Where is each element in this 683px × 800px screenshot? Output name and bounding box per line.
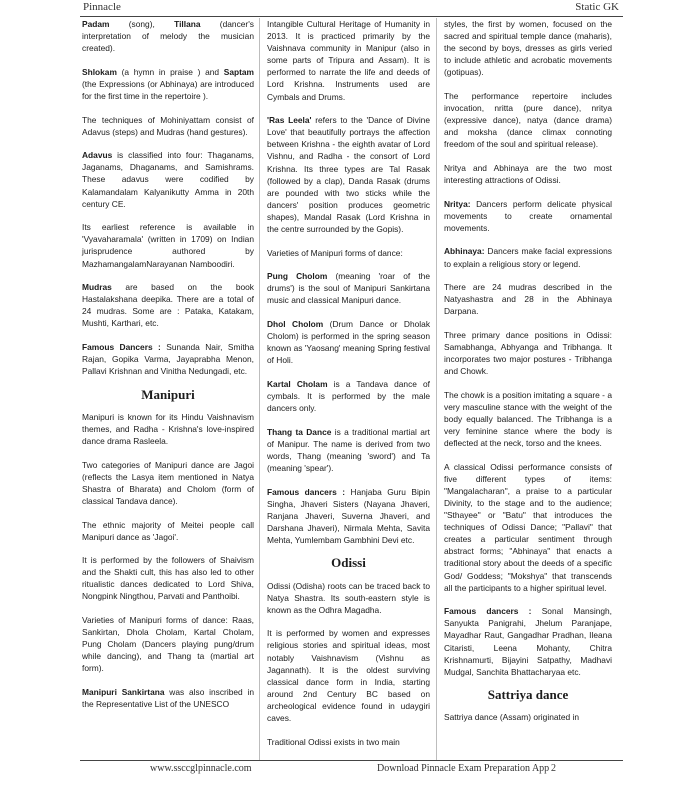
- column-divider: [259, 18, 260, 760]
- footer-app-text: Download Pinnacle Exam Preparation App: [377, 763, 549, 774]
- paragraph: It is performed by women and expresses r…: [267, 627, 430, 724]
- header-right: Static GK: [575, 1, 619, 13]
- paragraph: Intangible Cultural Heritage of Humanity…: [267, 18, 430, 103]
- paragraph: It is performed by the followers of Shai…: [82, 554, 254, 602]
- page-number: 2: [551, 763, 556, 774]
- header-left: Pinnacle: [83, 1, 121, 13]
- paragraph: A classical Odissi performance consists …: [444, 461, 612, 594]
- paragraph: Dhol Cholom (Drum Dance or Dholak Cholom…: [267, 318, 430, 366]
- paragraph: Varieties of Manipuri forms of dance:: [267, 247, 430, 259]
- section-heading-sattriya: Sattriya dance: [444, 689, 612, 701]
- paragraph: Nritya and Abhinaya are the two most int…: [444, 162, 612, 186]
- section-heading-odissi: Odissi: [267, 557, 430, 569]
- paragraph: The chowk is a position imitating a squa…: [444, 389, 612, 449]
- paragraph: The ethnic majority of Meitei people cal…: [82, 519, 254, 543]
- footer-website-link[interactable]: www.ssccglpinnacle.com: [150, 763, 252, 774]
- paragraph: There are 24 mudras described in the Nat…: [444, 281, 612, 317]
- paragraph: Mudras are based on the book Hastalaksha…: [82, 281, 254, 329]
- page-footer: www.ssccglpinnacle.com Download Pinnacle…: [80, 760, 623, 781]
- paragraph: Kartal Cholam is a Tandava dance of cymb…: [267, 378, 430, 414]
- paragraph: Manipuri is known for its Hindu Vaishnav…: [82, 411, 254, 447]
- paragraph: 'Ras Leela' refers to the 'Dance of Divi…: [267, 114, 430, 235]
- paragraph: Its earliest reference is available in '…: [82, 221, 254, 269]
- paragraph: Odissi (Odisha) roots can be traced back…: [267, 580, 430, 616]
- paragraph: The performance repertoire includes invo…: [444, 90, 612, 150]
- paragraph: Two categories of Manipuri dance are Jag…: [82, 459, 254, 507]
- column-2: Intangible Cultural Heritage of Humanity…: [267, 18, 430, 758]
- paragraph: Famous dancers : Hanjaba Guru Bipin Sing…: [267, 486, 430, 546]
- paragraph: Thang ta Dance is a traditional martial …: [267, 426, 430, 474]
- paragraph: Three primary dance positions in Odissi:…: [444, 329, 612, 377]
- document-page: Pinnacle Static GK Padam (song), Tillana…: [0, 0, 683, 800]
- page-header: Pinnacle Static GK: [80, 0, 623, 17]
- paragraph: Nritya: Dancers perform delicate physica…: [444, 198, 612, 234]
- paragraph: Abhinaya: Dancers make facial expression…: [444, 245, 612, 269]
- paragraph: Manipuri Sankirtana was also inscribed i…: [82, 686, 254, 710]
- paragraph: Adavus is classified into four: Thaganam…: [82, 149, 254, 209]
- section-heading-manipuri: Manipuri: [82, 389, 254, 401]
- paragraph: Famous dancers : Sonal Mansingh, Sanyukt…: [444, 605, 612, 678]
- column-divider: [436, 18, 437, 760]
- paragraph: styles, the first by women, focused on t…: [444, 18, 612, 78]
- column-1: Padam (song), Tillana (dancer's interpre…: [82, 18, 254, 758]
- paragraph: Famous Dancers : Sunanda Nair, Smitha Ra…: [82, 341, 254, 377]
- paragraph: The techniques of Mohiniyattam consist o…: [82, 114, 254, 138]
- paragraph: Traditional Odissi exists in two main: [267, 736, 430, 748]
- paragraph: Varieties of Manipuri forms of dance: Ra…: [82, 614, 254, 674]
- paragraph: Shlokam (a hymn in praise ) and Saptam (…: [82, 66, 254, 102]
- paragraph: Sattriya dance (Assam) originated in: [444, 711, 612, 723]
- paragraph: Padam (song), Tillana (dancer's interpre…: [82, 18, 254, 54]
- three-column-body: Padam (song), Tillana (dancer's interpre…: [80, 18, 625, 758]
- paragraph: Pung Cholom (meaning 'roar of the drums'…: [267, 270, 430, 306]
- column-3: styles, the first by women, focused on t…: [444, 18, 612, 758]
